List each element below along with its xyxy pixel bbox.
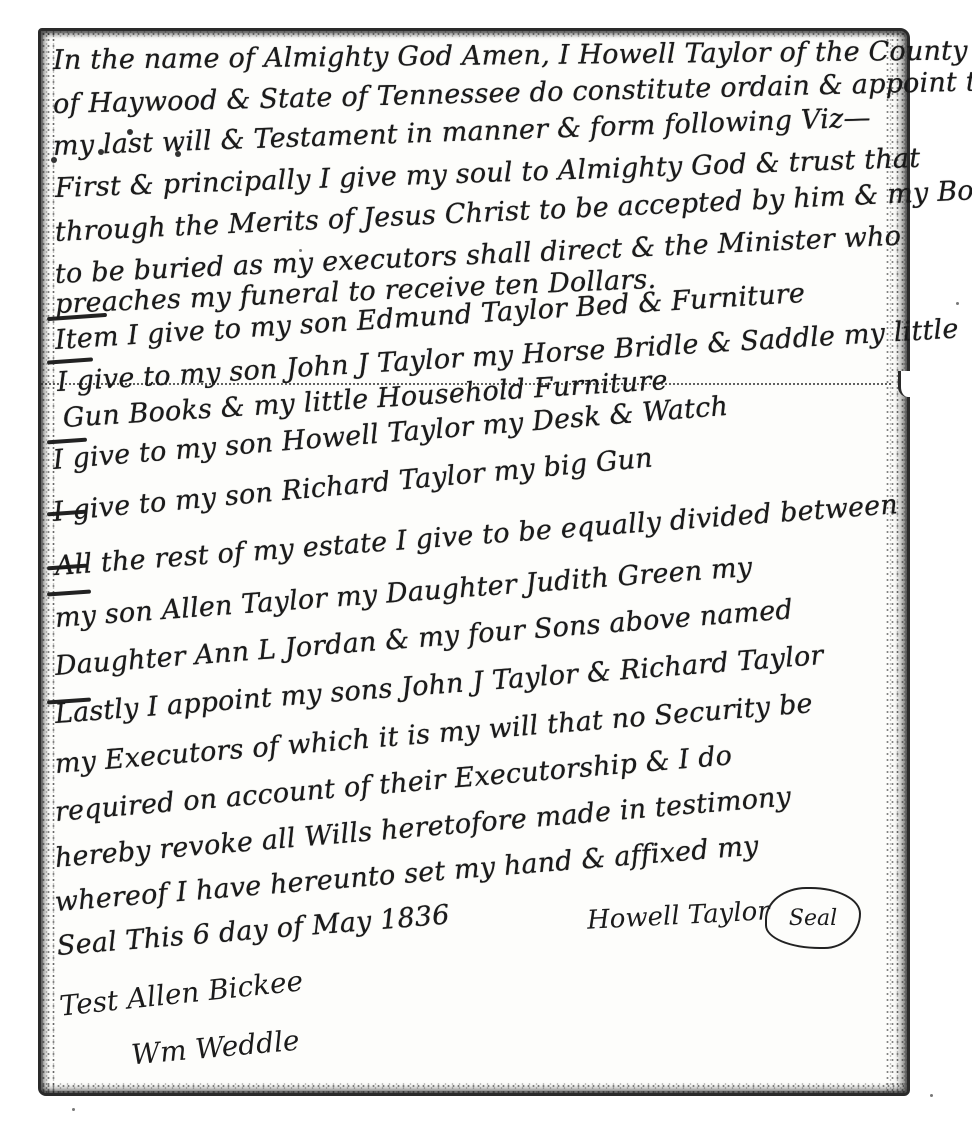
witness-block: Test Allen Bickee — [58, 964, 305, 1022]
seal-mark: Seal — [765, 887, 861, 949]
witness-label: Test — [58, 984, 120, 1023]
scan-speck — [930, 1094, 933, 1097]
witness-2-signature: Wm Weddle — [130, 1024, 301, 1072]
paragraph-mark — [47, 357, 93, 364]
page-edge-bottom — [41, 1083, 907, 1093]
scan-speck — [956, 302, 959, 305]
page-fold-notch — [898, 371, 915, 397]
testator-signature: Howell Taylor — [586, 896, 770, 936]
paragraph-mark — [47, 589, 91, 596]
document-page: In the name of Almighty God Amen, I Howe… — [38, 28, 910, 1096]
page-edge-left — [41, 31, 55, 1093]
witness-1-signature: Allen Bickee — [125, 964, 304, 1015]
scan-speck — [72, 1108, 75, 1111]
seal-label: Seal — [789, 906, 837, 931]
